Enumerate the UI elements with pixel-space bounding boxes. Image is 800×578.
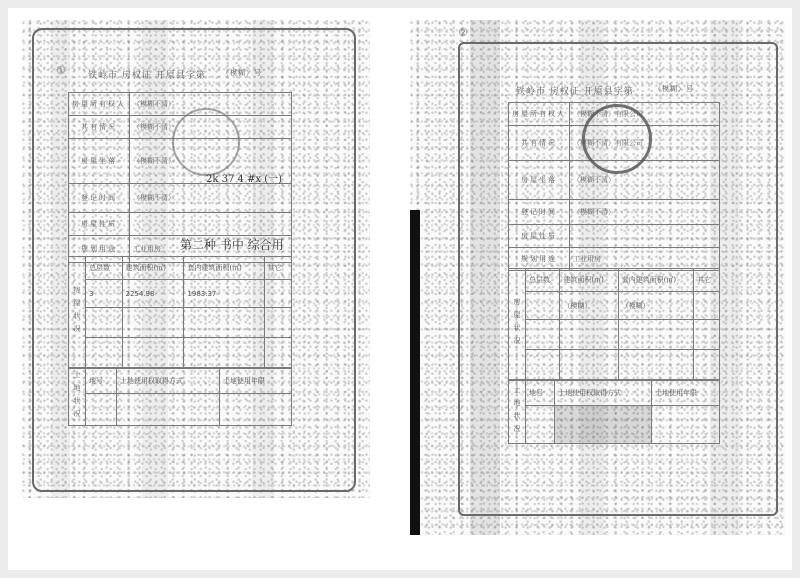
table-cell — [264, 280, 291, 308]
field-label: 共有情况 — [509, 126, 570, 161]
field-value: （模糊不清） — [570, 200, 720, 225]
certificate-page-1: ① 铁岭市 房权证 开原县字第 （模糊）号 房屋所有权人（模糊不清） 共有情况（… — [22, 20, 370, 498]
column-header: 地号 — [86, 369, 117, 394]
field-label: 登记时间 — [69, 184, 130, 213]
section-label: 土地状况 — [69, 369, 86, 426]
column-header: 其它 — [694, 269, 720, 292]
table-cell — [694, 292, 720, 320]
field-label: 共有情况 — [69, 116, 130, 139]
column-header: 套内建筑面积(㎡) — [184, 257, 264, 280]
field-label: 房屋所有权人 — [69, 93, 130, 116]
section-label: 房屋状况 — [509, 269, 526, 380]
house-status-table: 房屋状况 总层数 建筑面积(㎡) 套内建筑面积(㎡) 其它 （模糊）（模糊） — [508, 268, 720, 380]
field-label: 房屋坐落 — [69, 139, 130, 184]
field-value: （模糊不清） — [130, 184, 292, 213]
certificate-title: 铁岭市 房权证 开原县字第 — [88, 68, 206, 81]
certificate-page-2: ② 铁岭市 房权证 开原县字第 （模糊）号 房屋所有权人（模糊不清）有限公司 共… — [410, 20, 785, 535]
column-header: 套内建筑面积(㎡) — [618, 269, 694, 292]
column-header: 其它 — [264, 257, 291, 280]
column-header: 土地使用权取得方式 — [555, 381, 652, 406]
column-header: 总层数 — [526, 269, 560, 292]
field-label: 房屋性质 — [509, 225, 570, 248]
handwritten-address: 2k 37 4 #x (一) — [206, 170, 282, 185]
table-cell: 1983.37 — [184, 280, 264, 308]
table-cell: 2254.98 — [122, 280, 184, 308]
house-status-table: 房屋状况 总层数 建筑面积(㎡) 套内建筑面积(㎡) 其它 32254.9819… — [68, 256, 292, 368]
certificate-title: 铁岭市 房权证 开原县字第 — [516, 84, 634, 97]
column-header: 总层数 — [86, 257, 123, 280]
land-status-table: 土地状况 地号 土地使用权取得方式 土地使用年限 — [508, 380, 720, 444]
page-number: ① — [56, 64, 66, 77]
column-header: 建筑面积(㎡) — [122, 257, 184, 280]
column-header: 建筑面积(㎡) — [560, 269, 618, 292]
field-label: 房屋坐落 — [509, 161, 570, 200]
column-header: 地号 — [526, 381, 555, 406]
field-label: 房屋所有权人 — [509, 103, 570, 126]
column-header: 土地使用年限 — [652, 381, 720, 406]
field-value: （模糊不清） — [570, 161, 720, 200]
official-seal — [582, 104, 652, 174]
table-cell: 3 — [86, 280, 123, 308]
official-seal — [172, 108, 240, 176]
field-label: 登记时间 — [509, 200, 570, 225]
field-label: 房屋性质 — [69, 213, 130, 236]
field-value — [570, 225, 720, 248]
section-label: 房屋状况 — [69, 257, 86, 368]
certificate-number: （模糊）号 — [222, 68, 262, 78]
table-cell — [526, 292, 560, 320]
handwritten-usage: 第二种 书中 综合用 — [180, 236, 284, 253]
column-header: 土地使用年限 — [219, 369, 291, 394]
land-status-table: 土地状况 地号 土地使用权取得方式 土地使用年限 — [68, 368, 292, 426]
field-value — [130, 213, 292, 236]
certificate-number: （模糊）号 — [654, 84, 694, 94]
table-cell: （模糊） — [618, 292, 694, 320]
column-header: 土地使用权取得方式 — [116, 369, 219, 394]
table-cell: （模糊） — [560, 292, 618, 320]
scan-edge — [410, 210, 420, 535]
page-number: ② — [458, 26, 468, 39]
section-label: 土地状况 — [509, 381, 526, 444]
